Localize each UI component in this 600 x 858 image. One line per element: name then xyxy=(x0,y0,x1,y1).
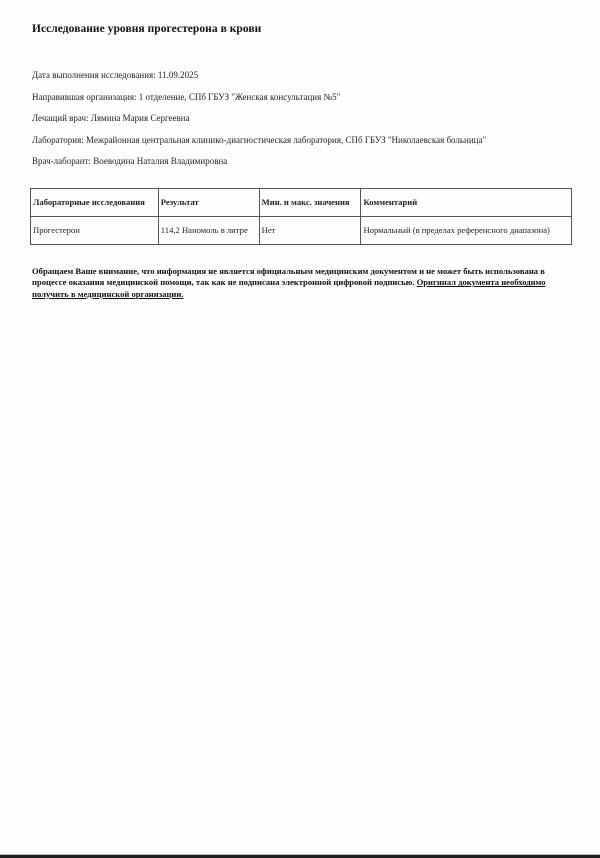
cell-result: 114,2 Наномоль в литре xyxy=(158,217,259,245)
info-lab-doctor: Врач-лаборант: Воеводина Наталия Владими… xyxy=(32,156,227,166)
cell-range: Нет xyxy=(259,217,361,245)
column-header-result: Результат xyxy=(158,189,259,217)
info-date-label: Дата выполнения исследования: xyxy=(32,70,156,80)
info-laboratory: Лаборатория: Межрайонная центральная кли… xyxy=(32,135,486,145)
document-page: Исследование уровня прогестерона в крови… xyxy=(0,0,600,854)
info-referring-organization-label: Направившая организация: xyxy=(32,92,136,102)
table-row: Прогестерон 114,2 Наномоль в литре Нет Н… xyxy=(31,217,572,245)
results-table: Лабораторные исследования Результат Мин.… xyxy=(30,188,572,245)
info-date-value: 11.09.2025 xyxy=(158,70,198,80)
bottom-bar xyxy=(0,854,600,858)
info-attending-doctor-label: Лечащий врач: xyxy=(32,113,89,123)
info-attending-doctor: Лечащий врач: Лямина Мария Сергеевна xyxy=(32,113,190,123)
info-date: Дата выполнения исследования: 11.09.2025 xyxy=(32,70,198,80)
info-laboratory-value: Межрайонная центральная клинико-диагност… xyxy=(86,135,486,145)
info-referring-organization: Направившая организация: 1 отделение, СП… xyxy=(32,92,340,102)
column-header-test: Лабораторные исследования xyxy=(31,189,159,217)
info-laboratory-label: Лаборатория: xyxy=(32,135,84,145)
info-referring-organization-value: 1 отделение, СПб ГБУЗ "Женская консульта… xyxy=(139,92,341,102)
cell-comment: Нормальный (в пределах референсного диап… xyxy=(361,217,572,245)
info-lab-doctor-value: Воеводина Наталия Владимировна xyxy=(93,156,227,166)
document-title: Исследование уровня прогестерона в крови xyxy=(32,23,261,35)
cell-test: Прогестерон xyxy=(31,217,159,245)
info-attending-doctor-value: Лямина Мария Сергеевна xyxy=(91,113,190,123)
column-header-range: Мин. и макс. значения xyxy=(259,189,361,217)
disclaimer-notice: Обращаем Ваше внимание, что информация н… xyxy=(32,266,572,300)
column-header-comment: Комментарий xyxy=(361,189,572,217)
table-header-row: Лабораторные исследования Результат Мин.… xyxy=(31,189,572,217)
info-lab-doctor-label: Врач-лаборант: xyxy=(32,156,91,166)
